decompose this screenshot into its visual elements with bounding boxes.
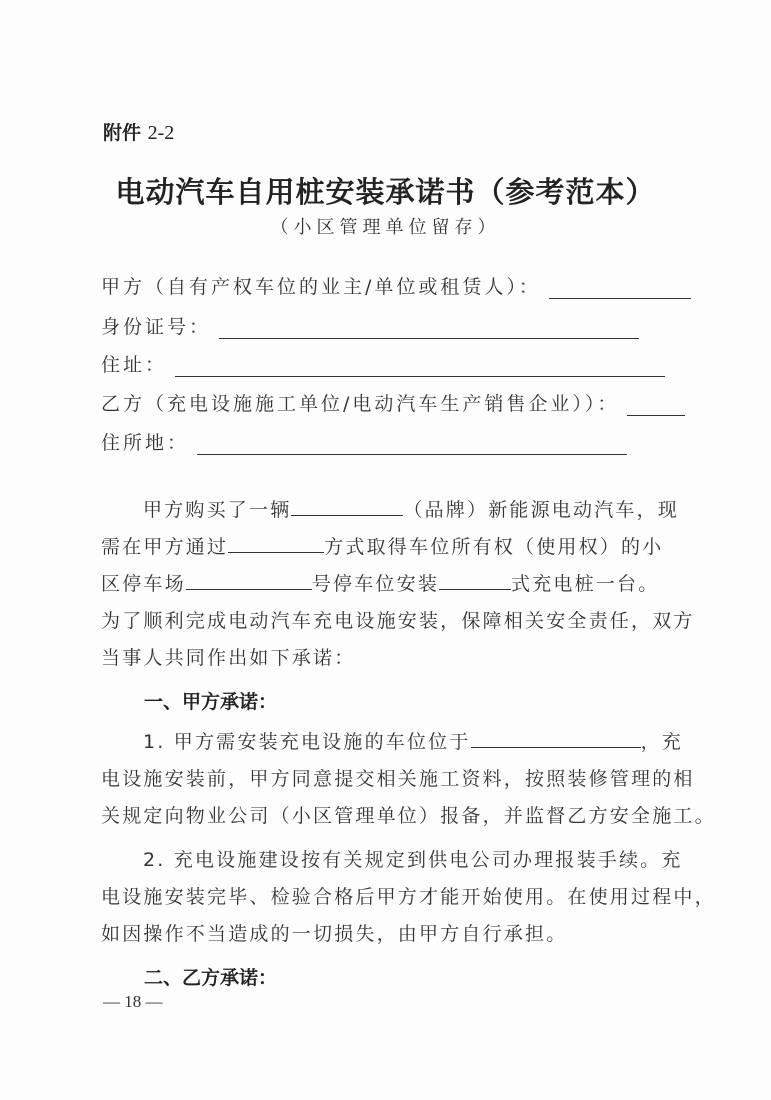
text: 甲方购买了一辆 [143,499,291,521]
document-title: 电动汽车自用桩安装承诺书（参考范本） [0,170,771,211]
charger-type-blank[interactable] [439,571,511,590]
attachment-number: 2-2 [148,122,175,144]
parking-location-blank[interactable] [471,729,641,748]
item2-line-1: 2. 充电设施建设按有关规定到供电公司办理报装手续。充 [143,845,683,872]
item2-line-2: 电设施安装完毕、检验合格后甲方才能开始使用。在使用过程中， [101,882,716,909]
section-heading-party-b: 二、乙方承诺： [144,963,277,990]
field-domicile: 住所地： [101,428,627,455]
text: 式充电桩一台。 [511,573,659,595]
document-subtitle: （小区管理单位留存） [0,213,771,239]
field-label: 身份证号： [101,312,211,339]
field-label: 住所地： [101,428,189,455]
field-label: 住址： [101,350,167,377]
section-heading-party-a: 一、甲方承诺： [144,687,277,714]
field-id-number: 身份证号： [101,312,639,339]
party-b-input[interactable] [627,395,685,416]
party-a-input[interactable] [549,278,691,299]
intro-line-2: 需在甲方通过方式取得车位所有权（使用权）的小 [101,532,663,559]
intro-line-5: 当事人共同作出如下承诺： [101,643,355,670]
text: 区停车场 [101,573,186,595]
field-label: 甲方（自有产权车位的业主/单位或租赁人）： [101,272,541,299]
spot-number-blank[interactable] [186,571,312,590]
item1-line-1: 1. 甲方需安装充电设施的车位位于，充 [143,727,683,754]
method-blank[interactable] [228,534,324,553]
intro-line-1: 甲方购买了一辆（品牌）新能源电动汽车，现 [143,495,679,522]
text: ，充 [641,731,683,753]
attachment-prefix: 附件 [103,122,141,144]
field-party-a: 甲方（自有产权车位的业主/单位或租赁人）： [101,272,691,299]
brand-blank[interactable] [291,497,403,516]
text: 号停车位安装 [312,573,439,595]
field-label: 乙方（充电设施施工单位/电动汽车生产销售企业））： [101,389,619,416]
item1-line-2: 电设施安装前，甲方同意提交相关施工资料，按照装修管理的相 [101,764,695,791]
intro-line-3: 区停车场号停车位安装式充电桩一台。 [101,569,659,596]
text: 1. 甲方需安装充电设施的车位位于 [143,731,471,753]
text: 需在甲方通过 [101,536,228,558]
item2-line-3: 如因操作不当造成的一切损失，由甲方自行承担。 [101,919,567,946]
item1-line-3: 关规定向物业公司（小区管理单位）报备，并监督乙方安全施工。 [101,801,716,828]
intro-line-4: 为了顺利完成电动汽车充电设施安装，保障相关安全责任，双方 [101,606,695,633]
text: 方式取得车位所有权（使用权）的小 [324,536,663,558]
domicile-input[interactable] [197,434,627,455]
attachment-label: 附件 2-2 [103,118,174,145]
text: （品牌）新能源电动汽车，现 [403,499,679,521]
address-input[interactable] [175,356,665,377]
id-number-input[interactable] [219,318,639,339]
field-address: 住址： [101,350,665,377]
page-number: — 18 — [103,992,163,1012]
field-party-b: 乙方（充电设施施工单位/电动汽车生产销售企业））： [101,389,685,416]
